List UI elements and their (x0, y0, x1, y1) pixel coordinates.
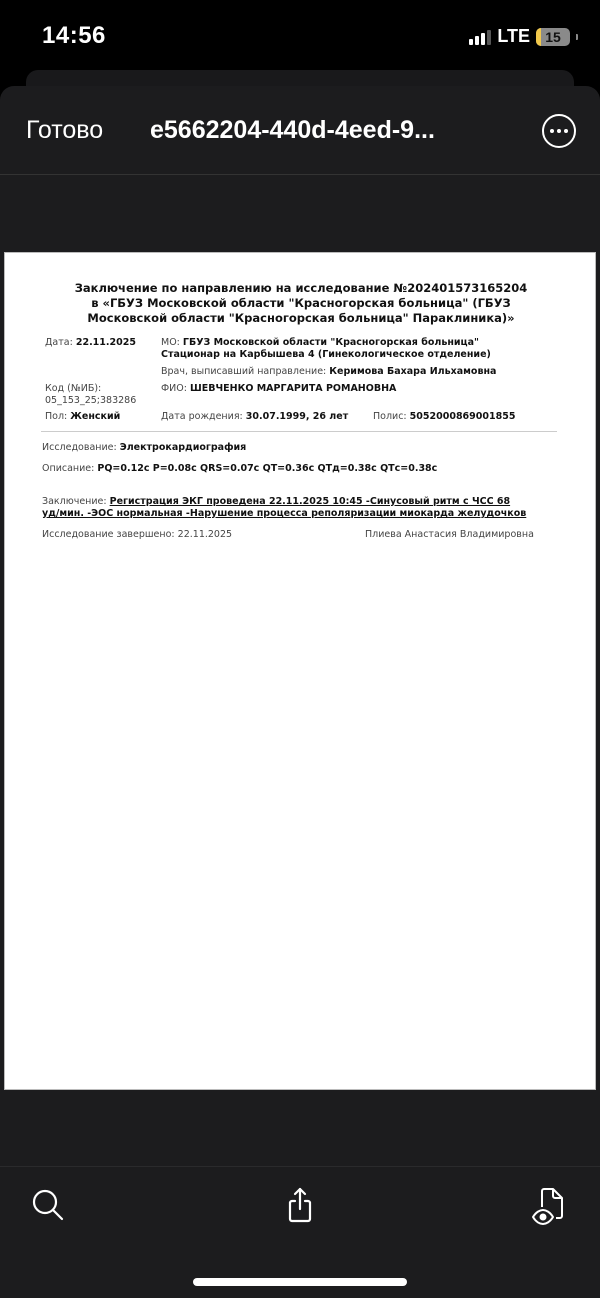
sex-field: Пол: Женский (45, 411, 120, 423)
referring-doctor-field: Врач, выписавший направление: Керимова Б… (161, 366, 496, 378)
search-button[interactable] (28, 1185, 68, 1225)
code-field: Код (№ИБ): 05_153_25;383286 (45, 383, 136, 407)
home-indicator[interactable] (193, 1278, 407, 1286)
battery-icon: 15 (536, 28, 570, 46)
status-bar: 14:56 LTE 15 (0, 0, 600, 72)
cellular-signal-icon (469, 29, 491, 45)
heading-line-3: Московской области "Красногорская больни… (45, 311, 557, 326)
share-button[interactable] (280, 1185, 320, 1225)
completed-field: Исследование завершено: 22.11.2025 (42, 529, 232, 541)
status-time: 14:56 (42, 22, 106, 50)
signer-name: Плиева Анастасия Владимировна (365, 529, 534, 541)
document-preview-icon (530, 1185, 570, 1225)
share-icon (280, 1185, 320, 1225)
study-field: Исследование: Электрокардиография (42, 442, 246, 454)
date-field: Дата: 22.11.2025 (45, 337, 136, 349)
preview-sheet: Готово e5662204-440d-4eed-9... Заключени… (0, 86, 600, 1298)
battery-level: 15 (545, 29, 561, 45)
battery-tip (576, 34, 578, 40)
description-field: Описание: PQ=0.12с P=0.08с QRS=0.07с QT=… (42, 463, 437, 475)
policy-field: Полис: 5052000869001855 (373, 411, 515, 423)
document-title: e5662204-440d-4eed-9... (150, 116, 500, 145)
preview-button[interactable] (530, 1185, 570, 1225)
status-indicators: LTE 15 (469, 26, 578, 47)
document-heading: Заключение по направлению на исследовани… (45, 281, 557, 326)
birth-date-field: Дата рождения: 30.07.1999, 26 лет (161, 411, 348, 423)
document-page: Заключение по направлению на исследовани… (4, 252, 596, 1090)
search-icon (28, 1185, 68, 1225)
mo-field: МО: ГБУЗ Московской области "Красногорск… (161, 337, 561, 361)
section-divider (41, 431, 557, 432)
done-button[interactable]: Готово (26, 116, 103, 145)
network-type: LTE (497, 26, 530, 47)
patient-name-field: ФИО: ШЕВЧЕНКО МАРГАРИТА РОМАНОВНА (161, 383, 396, 395)
more-button[interactable] (542, 114, 576, 148)
conclusion-field: Заключение: Регистрация ЭКГ проведена 22… (42, 496, 562, 520)
navigation-bar: Готово e5662204-440d-4eed-9... (0, 86, 600, 175)
ellipsis-circle-icon (550, 129, 554, 133)
heading-line-2: в «ГБУЗ Московской области "Красногорска… (45, 296, 557, 311)
heading-line-1: Заключение по направлению на исследовани… (45, 281, 557, 296)
